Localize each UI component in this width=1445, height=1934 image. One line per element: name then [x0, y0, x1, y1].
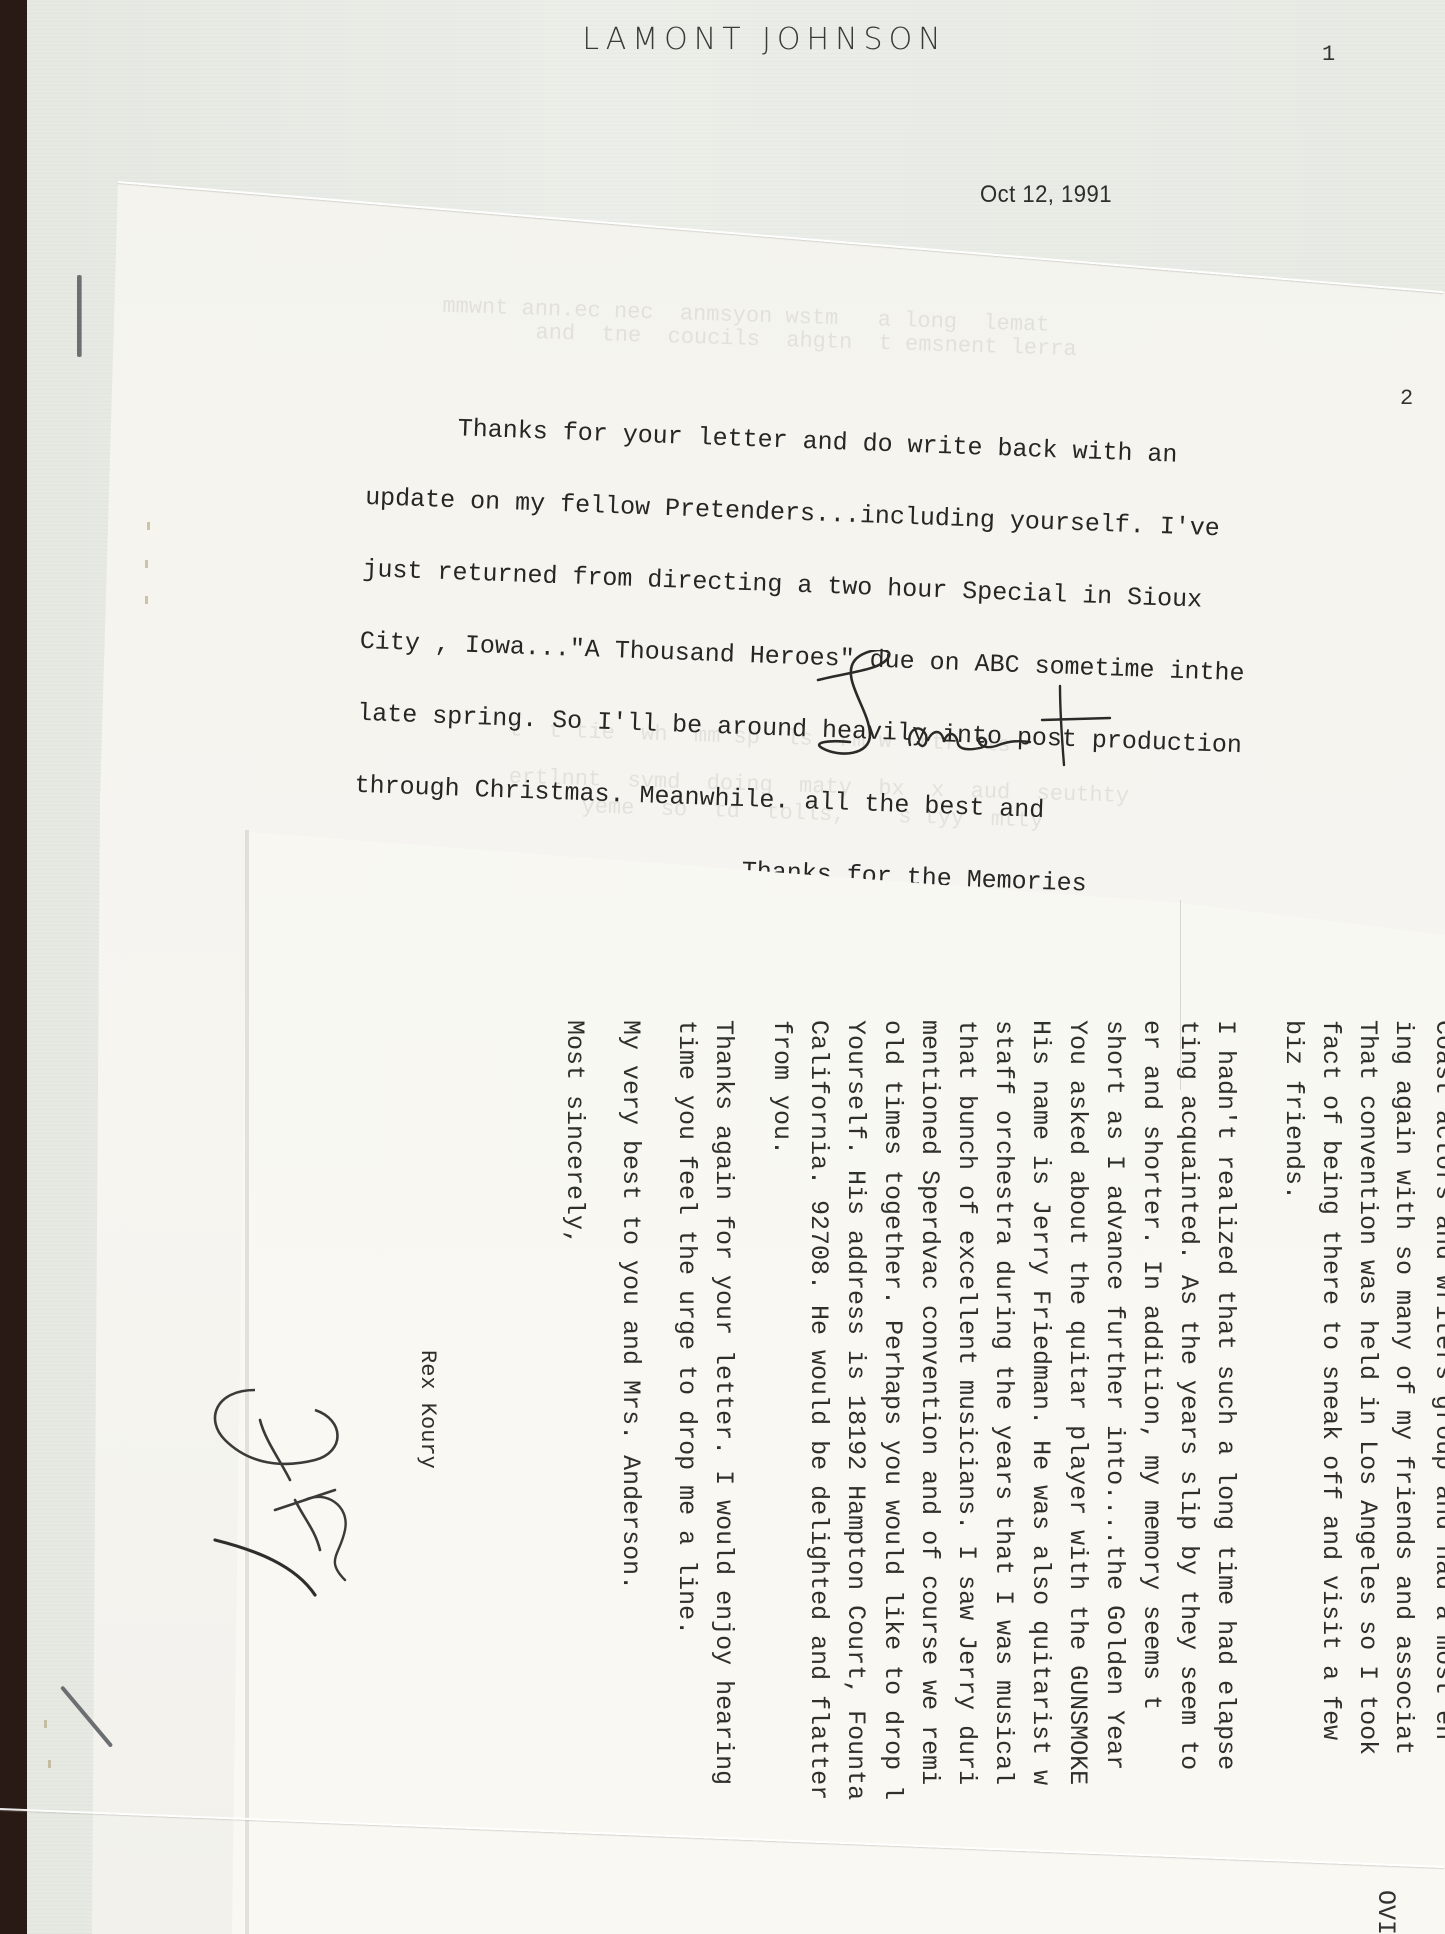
letter-line: Yourself. His address is 18192 Hampton C…	[841, 1020, 870, 1800]
letter-line: ting acquainted. As the years slip by th…	[1174, 1020, 1203, 1770]
body-line: just returned from directing a two hour …	[362, 558, 1382, 619]
letter-line: ing again with so many of my friends and…	[1389, 1020, 1418, 1755]
lamont-signature: Lamont	[810, 650, 1150, 775]
letter-line: That convention was held in Los Angeles …	[1353, 1020, 1382, 1755]
scanner-edge	[0, 0, 27, 1934]
letter-line: mentioned Sperdvac convention and of cou…	[915, 1020, 944, 1785]
body-line: update on my fellow Pretenders...includi…	[365, 486, 1385, 547]
letter-line: short as I advance further into....the G…	[1100, 1020, 1129, 1770]
letter-line: Most sincerely,	[560, 1020, 589, 1245]
staple	[77, 275, 81, 357]
page-number-1: 1	[1322, 42, 1335, 67]
footer-fragment: OVI	[1371, 1890, 1400, 1934]
letter-line: time you feel the urge to drop me a line…	[672, 1020, 701, 1635]
letter-line: old times together. Perhaps you would li…	[878, 1020, 907, 1800]
staple-hole	[44, 1720, 47, 1728]
letter-line: Coast actors and writers group and had a…	[1429, 1020, 1445, 1740]
letterhead-name: LAMONT JOHNSON	[552, 22, 977, 57]
staple-hole	[147, 522, 150, 530]
staple-hole	[48, 1760, 51, 1768]
letter-date: Oct 12, 1991	[980, 181, 1112, 209]
letter-line: from you.	[767, 1020, 796, 1155]
staple-hole	[145, 560, 148, 568]
lamont-letter-body: Thanks for your letter and do write back…	[351, 366, 1390, 931]
rex-koury-signature: Rex Koury	[195, 1380, 405, 1620]
letter-line: I hadn't realized that such a long time …	[1211, 1020, 1240, 1770]
staple-hole	[145, 596, 148, 604]
letter-line: My very best to you and Mrs. Anderson.	[616, 1020, 645, 1590]
letter-line: fact of being there to sneak off and vis…	[1316, 1020, 1345, 1740]
letter-line: Thanks again for your letter. I would en…	[709, 1020, 738, 1785]
page-number-2: 2	[1400, 386, 1413, 411]
typed-name: Rex Koury	[415, 1350, 440, 1469]
rex-koury-letter-body: Coast actors and writers group and had a…	[744, 1020, 1440, 1050]
body-line: Thanks for your letter and do write back…	[367, 414, 1387, 475]
letter-line: His name is Jerry Friedman. He was also …	[1026, 1020, 1055, 1785]
letter-line: staff orchestra during the years that I …	[989, 1020, 1018, 1785]
letter-line: California. 92708. He would be delighted…	[804, 1020, 833, 1800]
letter-line: biz friends.	[1279, 1020, 1308, 1200]
body-line: through Christmas. Meanwhile. all the be…	[354, 774, 1374, 835]
letter-line: that bunch of excellent musicians. I saw…	[952, 1020, 981, 1785]
letter-line: er and shorter. In addition, my memory s…	[1137, 1020, 1166, 1710]
letter-line: You asked about the quitar player with t…	[1063, 1020, 1092, 1785]
